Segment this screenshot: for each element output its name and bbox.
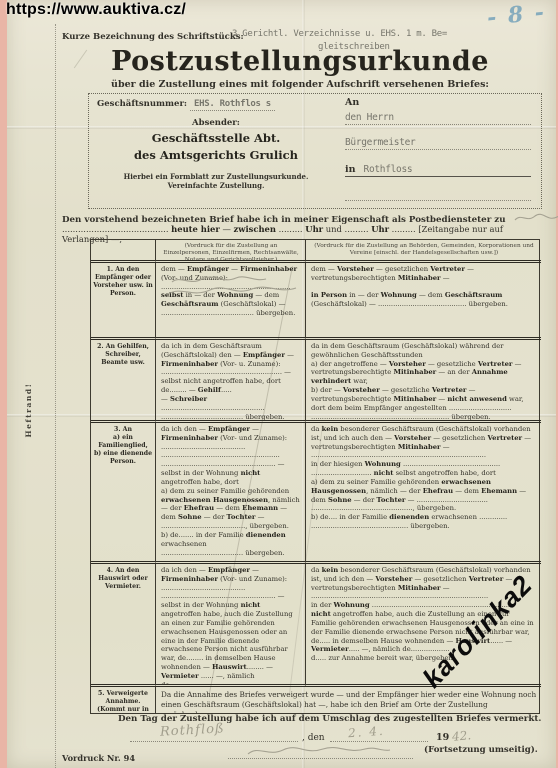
form-note-line1: Hierbei ein Formblatt zur Zustellungsurk…	[124, 172, 309, 181]
row2-individuals-cell: da ich in dem Geschäftsraum (Geschäftslo…	[156, 340, 306, 423]
date-blank-line: 2. 4.	[330, 728, 428, 742]
column-header-authorities: (Vordruck für die Zustellung an Behörden…	[306, 240, 541, 263]
recipient-an-label: An	[345, 97, 531, 108]
heftrand-margin-label: Heftrand!	[24, 370, 33, 450]
row2-label: 2. An Gehilfen, Schreiber, Beamte usw.	[91, 340, 156, 423]
row1-authorities-cell: dem — Vorsteher — gesetzlichen Vertreter…	[306, 263, 541, 340]
signature-blank-line	[228, 744, 413, 759]
continuation-note: (Fortsetzung umseitig).	[424, 745, 538, 755]
address-box-right: An den Herrn Bürgermeister in Rothfloss	[339, 94, 541, 208]
pencil-scribble	[513, 211, 558, 222]
typed-short-description-line1: 3 Gerichtl. Verzeichnisse u. EHS. 1 m. B…	[232, 29, 447, 39]
declaration-line1: Den vorstehend bezeichneten Brief habe i…	[62, 211, 540, 225]
recipient-place-row: in Rothfloss	[345, 164, 531, 177]
form-number: Vordruck Nr. 94	[62, 753, 135, 763]
row3-authorities-cell: da kein besonderer Geschäftsraum (Geschä…	[306, 423, 541, 564]
row2-authorities-cell: da in dem Geschäftsraum (Geschäftslokal)…	[306, 340, 541, 423]
in-label: in	[345, 164, 356, 175]
row1-individuals-cell: dem — Empfänger — Firmeninhaber (Vor- un…	[156, 263, 306, 340]
pencil-scribble-name	[164, 274, 304, 300]
row4-individuals-cell: da ich den — Empfänger — Firmeninhaber (…	[156, 564, 306, 687]
handwritten-place: Rothfloß	[160, 721, 225, 739]
form-subtitle: über die Zustellung eines mit folgender …	[62, 79, 538, 90]
handwritten-year: 42.	[451, 728, 471, 744]
recipient-line2: Bürgermeister	[345, 137, 531, 150]
table-corner-cell	[91, 240, 156, 263]
handwritten-date: 2. 4.	[348, 724, 386, 741]
row1-label: 1. An den Empfänger oder Vorsteher usw. …	[91, 263, 156, 340]
recipient-line1: den Herrn	[345, 112, 531, 125]
file-number-label: Geschäftsnummer:	[97, 99, 187, 109]
form-title: Postzustellungsurkunde	[62, 46, 538, 77]
column-header-individuals: (Vordruck für die Zustellung an Einzelpe…	[156, 240, 306, 263]
file-number-row: Geschäftsnummer: EHS. Rothflos s	[97, 99, 335, 109]
short-description-label: Kurze Bezeichnung des Schriftstücks:	[62, 32, 244, 42]
file-number-value: EHS. Rothflos s	[190, 99, 275, 111]
row3-individuals-cell: da ich den — Empfänger — Firmeninhaber (…	[156, 423, 306, 564]
row4-label: 4. An den Hauswirt oder Vermieter.	[91, 564, 156, 687]
sender-line2: des Amtsgerichts Grulich	[97, 148, 335, 162]
form-note-line2: Vereinfachte Zustellung.	[168, 181, 265, 190]
sender-label: Absender:	[97, 118, 335, 128]
printed-year-prefix: 19	[436, 732, 449, 743]
row5-refused-acceptance-cell: Da die Annahme des Briefes verweigert wu…	[156, 687, 541, 713]
scanned-document-page: https://www.auktiva.cz/ - 8 - Heftrand! …	[0, 0, 558, 768]
form-note: Hierbei ein Formblatt zur Zustellungsurk…	[97, 173, 335, 191]
auction-site-watermark: https://www.auktiva.cz/	[6, 1, 186, 19]
row5-label: 5. Verweigerte Annahme.(Kommt nur in den…	[91, 687, 156, 713]
pencil-signature-scribble	[243, 743, 393, 757]
den-label: , den	[302, 733, 325, 743]
address-box: Geschäftsnummer: EHS. Rothflos s Absende…	[88, 93, 542, 209]
recipient-place-value: Rothfloss	[364, 164, 413, 175]
row3-label: 3. Ana) ein Familienglied,b) eine dienen…	[91, 423, 156, 564]
blank-dotted-line	[345, 192, 531, 201]
place-blank-line: Rothfloß	[130, 728, 298, 742]
left-margin-rule	[55, 24, 56, 768]
sender-line1: Geschäftsstelle Abt.	[97, 131, 335, 145]
address-box-left: Geschäftsnummer: EHS. Rothflos s Absende…	[89, 94, 339, 208]
